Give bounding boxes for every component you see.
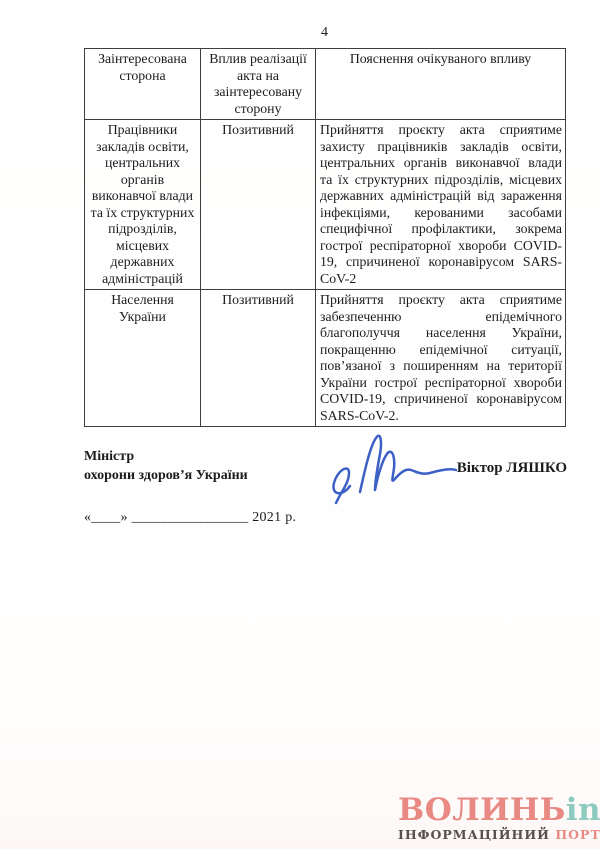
handwritten-signature <box>292 426 462 506</box>
impact-table: Заінтересована сторона Вплив реалізації … <box>84 48 566 427</box>
signature-stroke <box>333 436 456 503</box>
table-header-row: Заінтересована сторона Вплив реалізації … <box>85 49 566 120</box>
explanation-cell: Прийняття проєкту акта сприятиме забезпе… <box>316 290 566 427</box>
signer-name: Віктор ЛЯШКО <box>452 460 567 477</box>
table-row: Населення України Позитивний Прийняття п… <box>85 290 566 427</box>
table-header-party: Заінтересована сторона <box>85 49 201 120</box>
party-cell: Працівники закладів освіти, центральних … <box>85 120 201 290</box>
minister-title: Міністр охорони здоров’я України <box>84 447 248 485</box>
table-row: Працівники закладів освіти, центральних … <box>85 120 566 290</box>
table-header-explanation: Пояснення очікуваного впливу <box>316 49 566 120</box>
watermark-brand-name: ВОЛИНЬ <box>398 792 566 828</box>
watermark-tagline-word2: ПОРТАЛ <box>550 827 600 842</box>
party-cell: Населення України <box>85 290 201 427</box>
watermark-brand-suffix: info <box>566 792 600 828</box>
site-watermark: ВОЛИНЬinfo ІНФОРМАЦІЙНИЙ ПОРТАЛ <box>398 795 600 842</box>
document-page: 4 Заінтересована сторона Вплив реалізаці… <box>0 0 600 849</box>
minister-title-line2: охорони здоров’я України <box>84 466 248 485</box>
page-number: 4 <box>84 25 565 41</box>
minister-title-line1: Міністр <box>84 447 248 466</box>
explanation-cell: Прийняття проєкту акта сприятиме захисту… <box>316 120 566 290</box>
table-header-impact: Вплив реалізації акта на заінтересовану … <box>201 49 316 120</box>
watermark-tagline-word1: ІНФОРМАЦІЙНИЙ <box>398 827 550 842</box>
date-line: «____» ________________ 2021 р. <box>84 510 296 526</box>
watermark-brand: ВОЛИНЬinfo <box>398 795 600 826</box>
impact-cell: Позитивний <box>201 120 316 290</box>
watermark-tagline: ІНФОРМАЦІЙНИЙ ПОРТАЛ <box>398 829 600 842</box>
impact-cell: Позитивний <box>201 290 316 427</box>
